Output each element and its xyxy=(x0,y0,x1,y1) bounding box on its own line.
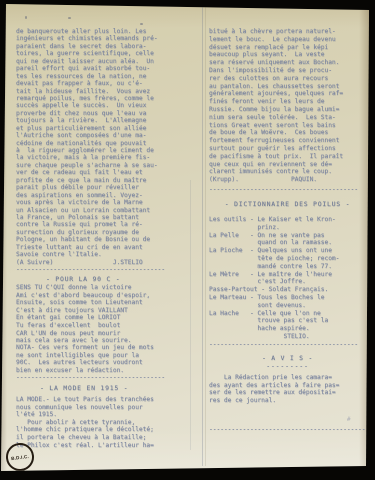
text-line: trouve pas c'est la xyxy=(209,317,366,325)
text-line: CAR L'UN de nous peut mourir xyxy=(16,330,192,338)
scan-background: de banqueroute aller plus loin. Lesingén… xyxy=(0,0,375,480)
text-line: il portera le cheveu à la Bataille; xyxy=(16,434,192,442)
text-line: finés feront venir les leurs de xyxy=(209,98,366,106)
text-line: Ensuite, sois comme ton Lieutenant xyxy=(16,299,192,307)
text-line: des aspirations en sommeil. Voyez- xyxy=(16,192,192,199)
dashed-separator: ---------------------------------------- xyxy=(16,374,192,381)
text-line: LA MODE.- Le tout Paris des tranchées xyxy=(16,396,192,404)
text-line: Savoie contre l'Italie. xyxy=(16,251,192,258)
ink-speck: # xyxy=(347,416,351,423)
text-line: fortement ferrugineuses conviennent xyxy=(209,137,366,145)
text-line: contre la Russie qui promet la ré- xyxy=(16,221,192,228)
left-column: de banqueroute aller plus loin. Lesingén… xyxy=(16,0,192,480)
text-line: (Krupp). PAQUIN. xyxy=(209,176,366,184)
text-line: tes les ressources de la nation, ne xyxy=(16,73,192,80)
text-line: ingénieurs et chimistes allemands pré- xyxy=(16,35,192,42)
text-line: Les outils - Le Kaiser et le Kron- xyxy=(209,216,366,224)
text-line: nous communique les nouvelles pour xyxy=(16,404,192,412)
text-line: res de ce journal. xyxy=(209,397,366,405)
text-line: nium sera seule tolérée. Les Sta- xyxy=(209,114,366,122)
text-line: lement le bouc. Le chapeau devenu xyxy=(209,36,366,44)
text-line: La Rédaction prie les camara= xyxy=(209,374,366,382)
text-line: Pologne, un habitant de Bosnie ou de xyxy=(16,236,192,243)
text-line: c'est Joffre. xyxy=(209,278,366,286)
text-line: profite de ce que la main du maître xyxy=(16,177,192,184)
text-line: En étant gai comme le LORIOT xyxy=(16,314,192,322)
text-line: généralement ajourées, quelques raf= xyxy=(209,90,366,98)
avis-title-underline: --------- xyxy=(209,363,366,370)
text-line: SENS TU C'QUI donne la victoire xyxy=(16,284,192,292)
text-line: désuet sera remplacé par le képi xyxy=(209,44,366,52)
text-line: Tu feras d'excellent boulot xyxy=(16,322,192,330)
text-line: ver de ce radeau qui fait l'eau et xyxy=(16,169,192,176)
text-line: mandé contre les 77. xyxy=(209,263,366,271)
text-line: succès appelle le succès. Un vieux xyxy=(16,102,192,109)
text-line: bitué à la chèvre portera naturel- xyxy=(209,28,366,36)
text-line: à la rigueur agglomérer le ciment de xyxy=(16,147,192,154)
text-line: Dans l'impossibilité de se procu- xyxy=(209,67,366,75)
text-line: paraient dans le secret des labora- xyxy=(16,43,192,50)
avis-section-title: - A V I S - xyxy=(209,354,366,362)
text-line: et plus particulièrement son alliée xyxy=(16,125,192,132)
text-line: la France, un Polonais se battant xyxy=(16,214,192,221)
text-line: que ceux qui en reviennent se dé= xyxy=(209,161,366,169)
text-line: cédoine de nationalités que pouvait xyxy=(16,140,192,147)
text-line: sure chaque peuple s'acharne à se sau- xyxy=(16,162,192,169)
text-line: prinz. xyxy=(209,224,366,232)
text-line: toires, la guerre scientifique, celle xyxy=(16,50,192,57)
text-line: Trieste luttant au cri de en avant xyxy=(16,244,192,251)
mode-section-title: - LA MODE EN 1915 - xyxy=(40,384,216,392)
fold-crease xyxy=(202,4,203,466)
text-line: rer des culottes on aura recours xyxy=(209,75,366,83)
text-line: toujours à la rivière. L'Allemagne xyxy=(16,117,192,124)
text-line: STELIO. xyxy=(209,333,366,341)
text-line: 90C. Les autres lecteurs voudront xyxy=(16,359,192,367)
poem-text: SENS TU C'QUI donne la victoireAmi c'est… xyxy=(16,284,192,345)
dashed-separator: ----------------------------------------… xyxy=(209,426,366,433)
text-line: hache aspirée. xyxy=(209,325,366,333)
poem-section-title: - POUR LA 90 C - xyxy=(46,275,222,283)
text-line: parait plus débile pour réveiller xyxy=(16,184,192,191)
text-line: proverbe dit chez nous que l'eau va xyxy=(16,110,192,117)
text-line: NOTA- Ces vers forment un jeu de mots xyxy=(16,344,192,352)
text-line: C'est à dire toujours VAILLANT xyxy=(16,307,192,315)
text-line: La Pioche - Quelques uns ont une xyxy=(209,247,366,255)
stamp-label: B.D.I.C. xyxy=(11,453,29,460)
text-line: Ami c'est d'abord beaucoup d'espoir, xyxy=(16,292,192,300)
mode-article-text: LA MODE.- Le tout Paris des tranchéesnou… xyxy=(16,396,192,449)
text-line: l'homme chic pratiquera le décolleté; xyxy=(16,426,192,434)
text-line: de boue de la Woëvre. Ces boues xyxy=(209,129,366,137)
text-line: clarent immunisés contre le coup. xyxy=(209,168,366,176)
text-line: sera réservé uniquement aux Bochan. xyxy=(209,59,366,67)
dictionary-entries-text: Les outils - Le Kaiser et le Kron- prinz… xyxy=(209,216,366,341)
avis-notice-text: La Rédaction prie les camara=des ayant d… xyxy=(209,374,366,405)
text-line: quand on la ramasse. xyxy=(209,239,366,247)
text-line: devait pas frapper à faux, ou c'é- xyxy=(16,80,192,87)
text-line: tait la hideuse faillite. Vous avez xyxy=(16,88,192,95)
text-line: vous après la victoire de la Marne xyxy=(16,199,192,206)
text-line: surtout pour guérir les affections xyxy=(209,145,366,153)
text-line: qui ne devait laisser aucun aléa. Un xyxy=(16,58,192,65)
text-line: l'été 1915. xyxy=(16,411,192,419)
text-line: La Pelle - On ne se vante pas xyxy=(209,232,366,240)
mode-article-continued-text: bitué à la chèvre portera naturel-lement… xyxy=(209,28,366,184)
text-line: de banqueroute aller plus loin. Les xyxy=(16,28,192,35)
text-line: sont devenus. xyxy=(209,302,366,310)
text-line: tête de pioche; recom- xyxy=(209,255,366,263)
text-line: pareil effort qui avait absorbé tou- xyxy=(16,65,192,72)
document-page: de banqueroute aller plus loin. Lesingén… xyxy=(0,0,375,480)
text-line: beaucoup plus seyant. La veste xyxy=(209,51,366,59)
text-line: le Philox c'est réal. L'artilleur ha= xyxy=(16,442,192,450)
text-line: tions Great event seront les bains xyxy=(209,122,366,130)
paper-edge-shadow xyxy=(0,0,7,480)
text-line: des ayant des articles à faire pas= xyxy=(209,382,366,390)
text-line: un Alsacien ou un Lorrain combattant xyxy=(16,207,192,214)
text-line: ne sont intelligibles que pour la xyxy=(16,352,192,360)
dashed-separator: ---------------------------------------- xyxy=(16,266,192,273)
dashed-separator: ---------------------------------------- xyxy=(209,186,366,193)
dashed-separator: ---------------------------------------- xyxy=(209,341,366,348)
poem-nota-text: NOTA- Ces vers forment un jeu de motsne … xyxy=(16,344,192,374)
text-line: la victoire, mais à la première fis- xyxy=(16,154,192,161)
text-line: Le Mètre - Le maître de l'heure xyxy=(209,271,366,279)
text-line: (A Suivre) J.STELIO xyxy=(16,259,192,266)
text-line: ser de les remettre aux dépositai= xyxy=(209,389,366,397)
dictionary-section-title: - DICTIONNAIRE DES POILUS - xyxy=(209,200,366,208)
text-line: remarqué poilus, mes frères, comme le xyxy=(16,95,192,102)
text-line: Russie. Comme bijou la bague alumi= xyxy=(209,106,366,114)
right-column: bitué à la chèvre portera naturel-lement… xyxy=(209,0,366,480)
text-line: au pantalon. Les chaussettes seront xyxy=(209,83,366,91)
text-line: Pour abolir à cette tyrannie, xyxy=(16,419,192,427)
text-line: surrection du glorieux royaume de xyxy=(16,229,192,236)
text-line: La Hache - Celle que l'on ne xyxy=(209,310,366,318)
fold-crease xyxy=(205,4,206,466)
text-line: Passe-Partout - Soldat Français. xyxy=(209,286,366,294)
text-line: de pacifisme à tout prix. Il paraît xyxy=(209,153,366,161)
text-line: Le Marteau - Tous les Boches le xyxy=(209,294,366,302)
article-continuation-text: de banqueroute aller plus loin. Lesingén… xyxy=(16,28,192,266)
text-line: l'Autriche sont composées d'une ma- xyxy=(16,132,192,139)
